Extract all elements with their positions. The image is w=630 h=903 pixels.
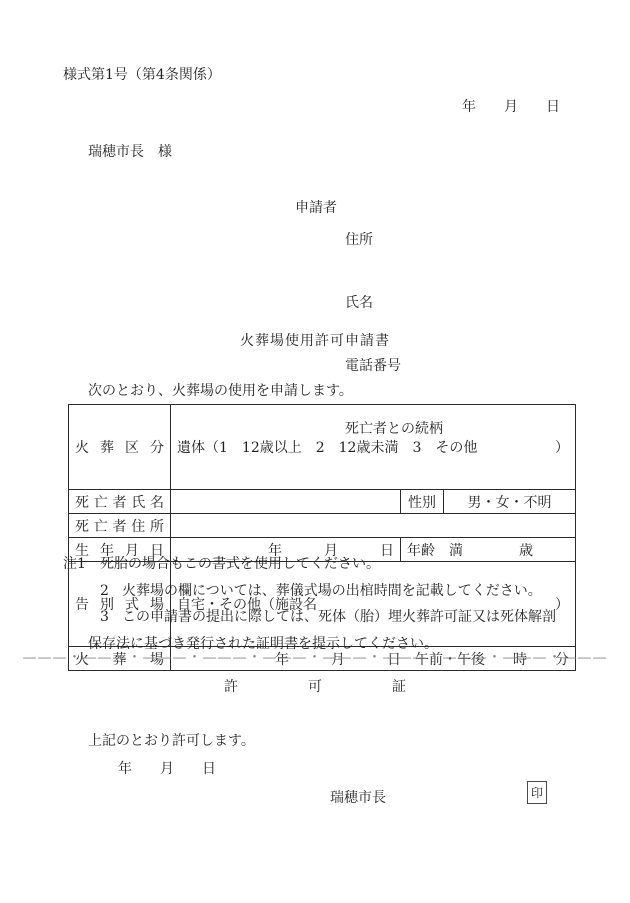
sex-label: 性別	[401, 490, 444, 514]
applicant-field-name: 氏名	[345, 292, 443, 323]
note-marker-2: 2	[100, 578, 122, 605]
permit-body: 上記のとおり許可します。	[88, 730, 255, 750]
form-number: 様式第1号（第4条関係）	[63, 64, 221, 84]
row-label-deceased-address: 死亡者住所	[69, 514, 171, 538]
applicant-field-address: 住所	[345, 229, 443, 260]
notes-block: 注1死胎の場合もこの書式を使用してください。 2火葬場の欄については、葬儀式場の…	[63, 551, 556, 657]
table-row-cremation-category: 火葬区分 遺体（1 12歳以上 2 12歳未満 3 その他 ）	[69, 405, 576, 490]
note-line-3: 3この申請書の提出に際しては、死体（胎）埋火葬許可証又は死体解剖	[63, 604, 556, 631]
permit-date-line: 年 月 日	[118, 758, 216, 778]
cut-line: ———・———・———・———・———・———・———・———・———・———	[0, 647, 630, 667]
table-row-deceased-address: 死亡者住所	[69, 514, 576, 538]
table-row-deceased-name: 死亡者氏名 性別 男・女・不明	[69, 490, 576, 514]
permit-signer-mayor: 瑞穂市長	[330, 787, 386, 807]
closing-paren: ）	[555, 437, 569, 457]
row-label-cremation-category: 火葬区分	[69, 405, 171, 490]
application-date-line: 年 月 日	[462, 96, 560, 116]
document-page: 様式第1号（第4条関係） 年 月 日 瑞穂市長 様 申請者 住所 氏名 電話番号…	[0, 0, 630, 903]
deceased-name-cell	[171, 490, 401, 514]
applicant-field-phone: 電話番号	[345, 355, 443, 386]
seal-character: 印	[531, 784, 543, 801]
cremation-category-cell: 遺体（1 12歳以上 2 12歳未満 3 その他 ）	[171, 405, 576, 490]
sex-options: 男・女・不明	[444, 490, 576, 514]
note-text-1: 死胎の場合もこの書式を使用してください。	[100, 556, 380, 572]
document-title: 火葬場使用許可申請書	[0, 330, 630, 350]
note-text-2: 火葬場の欄については、葬儀式場の出棺時間を記載してください。	[122, 583, 542, 599]
addressee-mayor: 瑞穂市長 様	[88, 141, 172, 161]
seal-box: 印	[527, 781, 547, 804]
permit-title: 許 可 証	[0, 676, 630, 696]
note-line-1: 注1死胎の場合もこの書式を使用してください。	[63, 551, 556, 578]
intro-text: 次のとおり、火葬場の使用を申請します。	[88, 380, 353, 400]
row-label-deceased-name: 死亡者氏名	[69, 490, 171, 514]
closing-paren: ）	[555, 594, 569, 614]
note-marker-1: 注1	[63, 551, 100, 578]
note-text-3: この申請書の提出に際しては、死体（胎）埋火葬許可証又は死体解剖	[122, 609, 556, 625]
note-marker-3: 3	[100, 604, 122, 631]
note-line-2: 2火葬場の欄については、葬儀式場の出棺時間を記載してください。	[63, 578, 556, 605]
cremation-category-options: 遺体（1 12歳以上 2 12歳未満 3 その他	[177, 437, 477, 457]
deceased-address-cell	[171, 514, 576, 538]
